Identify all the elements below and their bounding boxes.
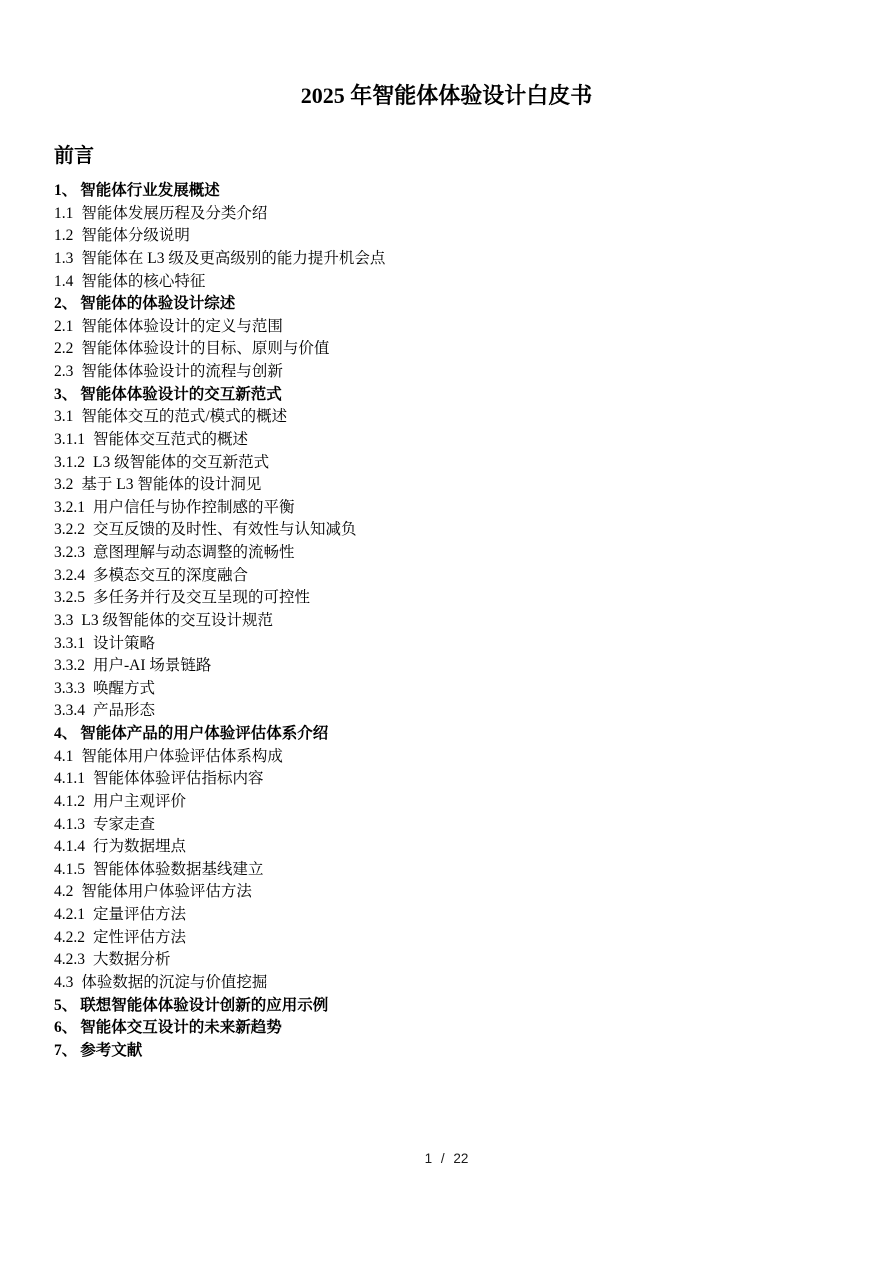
toc-item-number: 2.3 <box>54 363 73 380</box>
toc-item-text: 用户-AI 场景链路 <box>93 657 211 674</box>
toc-item: 3.3.2用户-AI 场景链路 <box>54 655 853 678</box>
toc-item-text: 交互反馈的及时性、有效性与认知减负 <box>93 521 357 538</box>
toc-item: 3.2.2交互反馈的及时性、有效性与认知减负 <box>54 519 853 542</box>
toc-item: 4.2.1定量评估方法 <box>54 904 853 927</box>
toc-item-number: 1、 <box>54 182 77 199</box>
toc-item-text: 智能体在 L3 级及更高级别的能力提升机会点 <box>81 250 385 267</box>
toc-item-number: 3.3 <box>54 612 73 629</box>
toc-item-number: 3.2.1 <box>54 499 85 516</box>
toc-item-number: 4.1 <box>54 748 73 765</box>
table-of-contents: 1、智能体行业发展概述1.1智能体发展历程及分类介绍1.2智能体分级说明1.3智… <box>54 180 853 1062</box>
toc-item: 4.1.3专家走查 <box>54 814 853 837</box>
toc-item-text: 多模态交互的深度融合 <box>93 567 248 584</box>
toc-item: 3.3.4产品形态 <box>54 700 853 723</box>
toc-item: 3.2.3意图理解与动态调整的流畅性 <box>54 542 853 565</box>
toc-item-text: 联想智能体体验设计创新的应用示例 <box>80 997 328 1014</box>
toc-item-text: 体验数据的沉淀与价值挖掘 <box>81 974 267 991</box>
toc-item-number: 3.2.4 <box>54 567 85 584</box>
toc-item-text: 意图理解与动态调整的流畅性 <box>93 544 295 561</box>
toc-item-number: 3.3.2 <box>54 657 85 674</box>
toc-item-text: 智能体发展历程及分类介绍 <box>81 205 267 222</box>
toc-item: 4.3体验数据的沉淀与价值挖掘 <box>54 972 853 995</box>
toc-item-text: 智能体体验设计的流程与创新 <box>81 363 283 380</box>
toc-item-number: 4.1.4 <box>54 838 85 855</box>
toc-item: 7、参考文献 <box>54 1040 853 1063</box>
toc-item-number: 1.2 <box>54 227 73 244</box>
toc-item: 6、智能体交互设计的未来新趋势 <box>54 1017 853 1040</box>
toc-item: 1.4智能体的核心特征 <box>54 271 853 294</box>
toc-item: 3.2基于 L3 智能体的设计洞见 <box>54 474 853 497</box>
toc-item-number: 4.1.1 <box>54 770 85 787</box>
toc-item: 3.2.4多模态交互的深度融合 <box>54 565 853 588</box>
toc-item: 2.1智能体体验设计的定义与范围 <box>54 316 853 339</box>
toc-item-text: 定量评估方法 <box>93 906 186 923</box>
toc-item: 2.3智能体体验设计的流程与创新 <box>54 361 853 384</box>
toc-item: 3.1智能体交互的范式/模式的概述 <box>54 406 853 429</box>
toc-item-text: 基于 L3 智能体的设计洞见 <box>81 476 261 493</box>
toc-item-number: 3.2.2 <box>54 521 85 538</box>
toc-item: 4.2智能体用户体验评估方法 <box>54 881 853 904</box>
toc-item: 3.2.5多任务并行及交互呈现的可控性 <box>54 587 853 610</box>
toc-item-number: 3.1 <box>54 408 73 425</box>
toc-item-number: 1.3 <box>54 250 73 267</box>
toc-item-number: 2、 <box>54 295 77 312</box>
toc-item: 1.1智能体发展历程及分类介绍 <box>54 203 853 226</box>
toc-item-text: 设计策略 <box>93 635 155 652</box>
toc-item: 4.2.3大数据分析 <box>54 949 853 972</box>
toc-item-number: 7、 <box>54 1042 77 1059</box>
toc-item-text: 用户主观评价 <box>93 793 186 810</box>
toc-item-text: 智能体用户体验评估方法 <box>81 883 252 900</box>
toc-item-text: 专家走查 <box>93 816 155 833</box>
toc-item-number: 3.3.1 <box>54 635 85 652</box>
toc-item-number: 1.1 <box>54 205 73 222</box>
toc-item: 4.1智能体用户体验评估体系构成 <box>54 746 853 769</box>
toc-item-number: 4.1.3 <box>54 816 85 833</box>
toc-item-text: 智能体的核心特征 <box>81 273 205 290</box>
toc-item-text: 智能体交互范式的概述 <box>93 431 248 448</box>
toc-item-number: 3、 <box>54 386 77 403</box>
toc-item-text: 智能体交互的范式/模式的概述 <box>81 408 287 425</box>
toc-item-text: 用户信任与协作控制感的平衡 <box>93 499 295 516</box>
toc-item-text: 行为数据埋点 <box>93 838 186 855</box>
toc-item: 3.3L3 级智能体的交互设计规范 <box>54 610 853 633</box>
toc-item-number: 3.2.5 <box>54 589 85 606</box>
toc-item-text: 多任务并行及交互呈现的可控性 <box>93 589 310 606</box>
toc-item-number: 4.2.3 <box>54 951 85 968</box>
toc-item: 3.2.1用户信任与协作控制感的平衡 <box>54 497 853 520</box>
page-number-separator: / <box>441 1150 445 1168</box>
toc-item-number: 3.2.3 <box>54 544 85 561</box>
toc-item: 3.1.2L3 级智能体的交互新范式 <box>54 452 853 475</box>
toc-item-number: 6、 <box>54 1019 77 1036</box>
toc-item: 3.1.1智能体交互范式的概述 <box>54 429 853 452</box>
toc-item-number: 4.1.2 <box>54 793 85 810</box>
toc-item-text: 唤醒方式 <box>93 680 155 697</box>
toc-item-text: 智能体的体验设计综述 <box>80 295 235 312</box>
toc-item-text: 参考文献 <box>80 1042 142 1059</box>
toc-item: 2、智能体的体验设计综述 <box>54 293 853 316</box>
toc-item-number: 4.2.2 <box>54 929 85 946</box>
page-number-total: 22 <box>453 1150 468 1168</box>
page-number-current: 1 <box>425 1150 433 1168</box>
toc-item-text: 智能体体验设计的目标、原则与价值 <box>81 340 329 357</box>
toc-item: 3.3.3唤醒方式 <box>54 678 853 701</box>
toc-item-number: 5、 <box>54 997 77 1014</box>
toc-item-text: 智能体交互设计的未来新趋势 <box>80 1019 282 1036</box>
toc-item-text: 智能体分级说明 <box>81 227 190 244</box>
toc-item-text: L3 级智能体的交互设计规范 <box>81 612 273 629</box>
toc-item-text: 智能体用户体验评估体系构成 <box>81 748 283 765</box>
toc-item: 2.2智能体体验设计的目标、原则与价值 <box>54 338 853 361</box>
toc-item: 3、智能体体验设计的交互新范式 <box>54 384 853 407</box>
toc-item: 3.3.1设计策略 <box>54 633 853 656</box>
toc-item: 4.1.5智能体体验数据基线建立 <box>54 859 853 882</box>
toc-item: 1.3智能体在 L3 级及更高级别的能力提升机会点 <box>54 248 853 271</box>
toc-item: 4.1.2用户主观评价 <box>54 791 853 814</box>
toc-item: 1、智能体行业发展概述 <box>54 180 853 203</box>
toc-item-text: 智能体体验数据基线建立 <box>93 861 264 878</box>
toc-item-text: 大数据分析 <box>93 951 171 968</box>
toc-item-text: 智能体行业发展概述 <box>80 182 220 199</box>
toc-item-text: L3 级智能体的交互新范式 <box>93 454 269 471</box>
toc-item: 4.2.2定性评估方法 <box>54 927 853 950</box>
toc-item-text: 智能体产品的用户体验评估体系介绍 <box>80 725 328 742</box>
toc-item: 1.2智能体分级说明 <box>54 225 853 248</box>
toc-item-number: 4、 <box>54 725 77 742</box>
toc-item: 4、智能体产品的用户体验评估体系介绍 <box>54 723 853 746</box>
toc-item: 4.1.1智能体体验评估指标内容 <box>54 768 853 791</box>
toc-item-number: 2.1 <box>54 318 73 335</box>
toc-item: 5、联想智能体体验设计创新的应用示例 <box>54 995 853 1018</box>
toc-item-number: 2.2 <box>54 340 73 357</box>
toc-item-number: 4.2.1 <box>54 906 85 923</box>
preface-heading: 前言 <box>54 144 94 168</box>
toc-item-text: 智能体体验设计的定义与范围 <box>81 318 283 335</box>
toc-item-number: 4.3 <box>54 974 73 991</box>
document-title: 2025 年智能体体验设计白皮书 <box>0 84 893 108</box>
toc-item-number: 3.1.2 <box>54 454 85 471</box>
toc-item-number: 3.2 <box>54 476 73 493</box>
toc-item-number: 3.1.1 <box>54 431 85 448</box>
toc-item-text: 智能体体验评估指标内容 <box>93 770 264 787</box>
toc-item-text: 定性评估方法 <box>93 929 186 946</box>
toc-item-number: 4.2 <box>54 883 73 900</box>
document-page: 2025 年智能体体验设计白皮书 前言 1、智能体行业发展概述1.1智能体发展历… <box>0 0 893 1263</box>
toc-item-number: 3.3.4 <box>54 702 85 719</box>
page-footer: 1 / 22 <box>0 1150 893 1168</box>
toc-item-number: 3.3.3 <box>54 680 85 697</box>
toc-item-number: 1.4 <box>54 273 73 290</box>
toc-item-text: 智能体体验设计的交互新范式 <box>80 386 282 403</box>
toc-item-text: 产品形态 <box>93 702 155 719</box>
toc-item-number: 4.1.5 <box>54 861 85 878</box>
toc-item: 4.1.4行为数据埋点 <box>54 836 853 859</box>
